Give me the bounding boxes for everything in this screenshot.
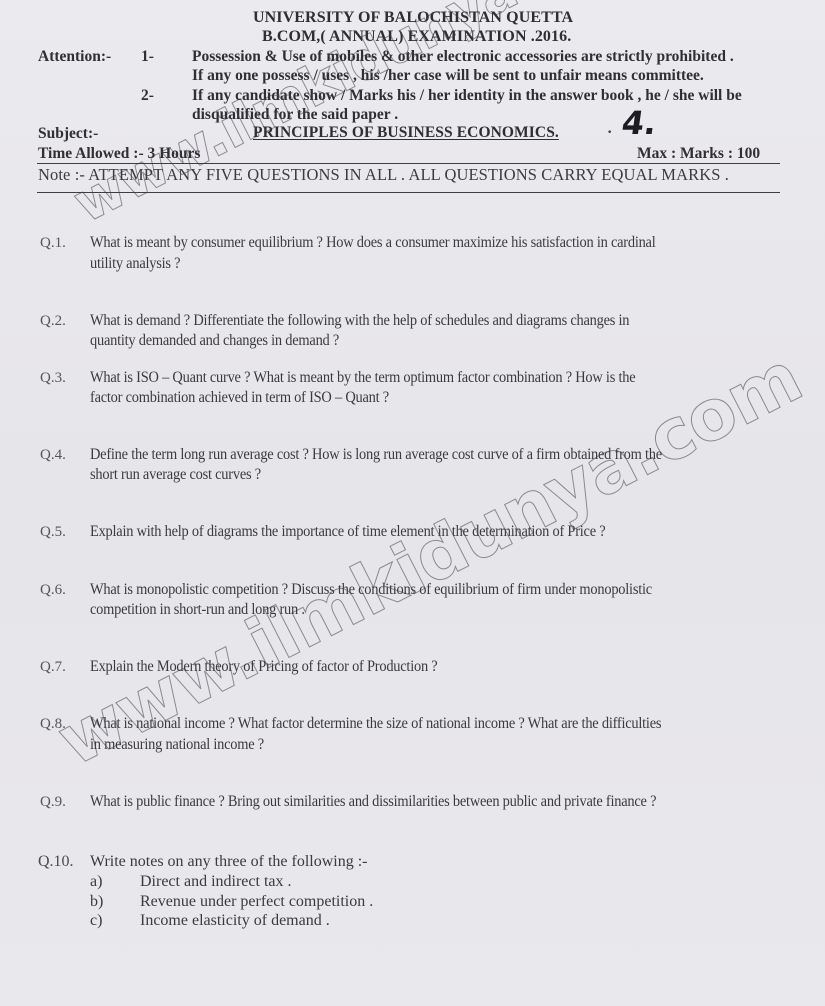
rule-line: If any one possess / uses , his /her cas…: [192, 67, 704, 85]
question-number: Q.3.: [40, 370, 66, 387]
university-name: UNIVERSITY OF BALOCHISTAN QUETTA: [253, 9, 573, 27]
question-text: What is meant by consumer equilibrium ? …: [90, 233, 656, 253]
dot-mark: ·: [607, 124, 612, 142]
exam-title: B.COM,( ANNUAL) EXAMINATION .2016.: [262, 28, 571, 46]
question-number: Q.8.: [40, 716, 66, 733]
handwritten-mark: 4.: [619, 104, 659, 142]
rule-number: 1-: [141, 48, 154, 66]
question-number: Q.6.: [40, 582, 66, 599]
question-text: What is national income ? What factor de…: [90, 714, 661, 734]
question-text: What is demand ? Differentiate the follo…: [90, 311, 629, 331]
question-text: Define the term long run average cost ? …: [90, 445, 662, 465]
subject-label: Subject:-: [38, 125, 98, 143]
question-text: utility analysis ?: [90, 254, 180, 274]
question-text: What is public finance ? Bring out simil…: [90, 792, 656, 812]
subitem-label: a): [90, 872, 102, 892]
exam-paper: UNIVERSITY OF BALOCHISTAN QUETTA B.COM,(…: [0, 0, 825, 1006]
question-text: short run average cost curves ?: [90, 465, 261, 485]
question-number: Q.7.: [40, 659, 66, 676]
question-number: Q.9.: [40, 794, 66, 811]
max-marks: Max : Marks : 100: [637, 145, 760, 163]
subitem-text: Income elasticity of demand .: [140, 911, 330, 931]
subitem-text: Revenue under perfect competition .: [140, 892, 373, 912]
question-number: Q.4.: [40, 447, 66, 464]
question-number: Q.5.: [40, 524, 66, 541]
header-divider-bottom: [37, 192, 780, 193]
time-allowed: Time Allowed :- 3 Hours: [38, 145, 200, 163]
question-text: Explain with help of diagrams the import…: [90, 522, 605, 542]
rule-number: 2-: [141, 87, 154, 105]
question-number: Q.10.: [38, 852, 74, 872]
question-text: Explain the Modern theory of Pricing of …: [90, 657, 437, 677]
question-text: in measuring national income ?: [90, 735, 264, 755]
question-number: Q.2.: [40, 313, 66, 330]
rule-line: disqualified for the said paper .: [192, 106, 398, 124]
subitem-text: Direct and indirect tax .: [140, 872, 292, 892]
question-text: What is monopolistic competition ? Discu…: [90, 580, 652, 600]
rule-line: If any candidate show / Marks his / her …: [192, 87, 742, 105]
question-text: Write notes on any three of the followin…: [90, 852, 368, 872]
question-text: quantity demanded and changes in demand …: [90, 331, 339, 351]
subitem-label: b): [90, 892, 103, 912]
question-text: factor combination achieved in term of I…: [90, 388, 389, 408]
question-text: competition in short-run and long run .: [90, 600, 305, 620]
attention-label: Attention:-: [38, 48, 111, 66]
instructions-note: Note :- ATTEMPT ANY FIVE QUESTIONS IN AL…: [38, 165, 729, 185]
header-divider: [37, 163, 780, 164]
question-number: Q.1.: [40, 235, 66, 252]
subitem-label: c): [90, 911, 102, 931]
rule-line: Possession & Use of mobiles & other elec…: [192, 48, 734, 66]
subject-title: PRINCIPLES OF BUSINESS ECONOMICS.: [253, 124, 559, 142]
question-text: What is ISO – Quant curve ? What is mean…: [90, 368, 635, 388]
